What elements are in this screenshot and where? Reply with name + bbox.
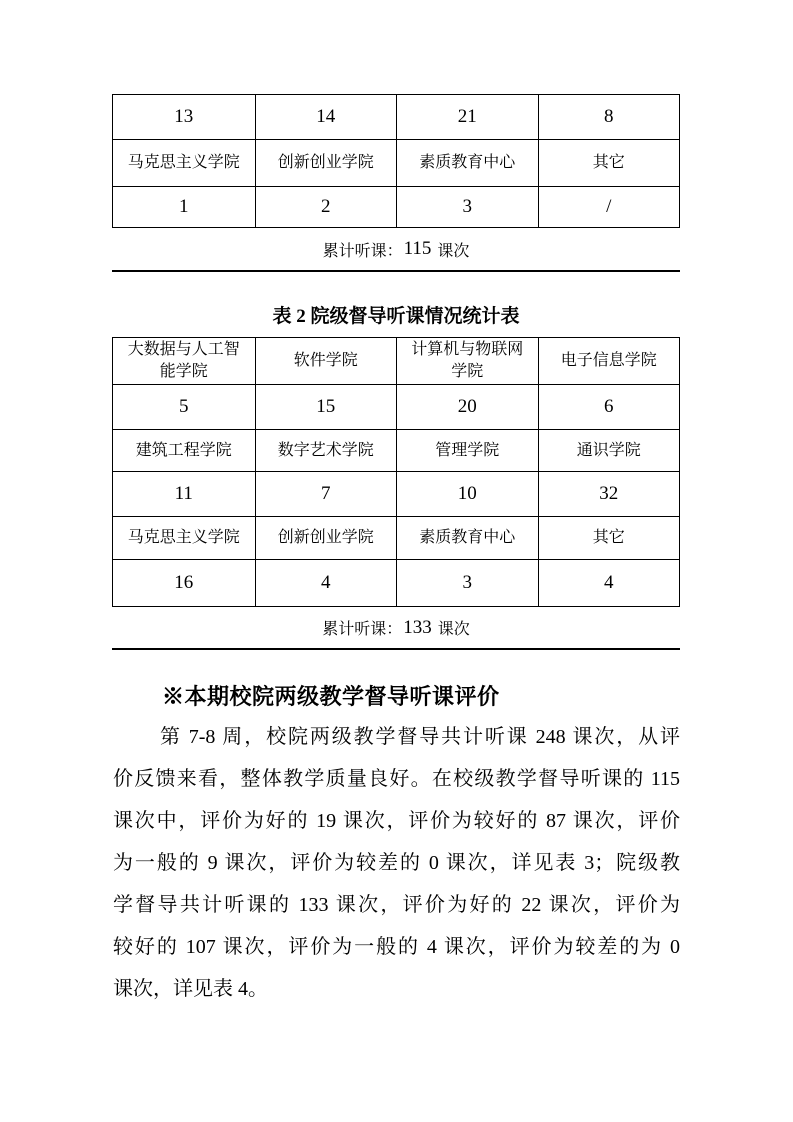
table-cell: 13 [113,95,255,139]
table-cell: 20 [396,385,538,429]
table-cell: 2 [255,187,397,227]
table-cell: 4 [538,560,680,606]
table-cell: 软件学院 [255,338,397,384]
paragraph-line: 价反馈来看，整体教学质量良好。在校级教学督导听课的 115 [113,758,680,800]
table-cell: 32 [538,472,680,516]
table-cell: / [538,187,680,227]
table-cell: 5 [113,385,255,429]
evaluation-paragraph: 第 7-8 周，校院两级教学督导共计听课 248 课次，从评 价反馈来看，整体教… [113,716,680,1010]
table-cell: 15 [255,385,397,429]
table-cell: 3 [396,187,538,227]
paragraph-line: 课次，详见表 4。 [113,968,680,1010]
table-cell: 数字艺术学院 [255,430,397,471]
summary-unit: 课次 [437,238,469,261]
paragraph-line: 第 7-8 周，校院两级教学督导共计听课 248 课次，从评 [113,716,680,758]
summary-unit: 课次 [438,616,470,639]
table-cell: 计算机与物联网学院 [396,338,538,384]
table-cell: 21 [396,95,538,139]
table-cell: 建筑工程学院 [113,430,255,471]
table-row: 大数据与人工智能学院 软件学院 计算机与物联网学院 电子信息学院 [112,337,680,385]
table-cell: 马克思主义学院 [113,140,255,186]
table-cell: 创新创业学院 [255,140,397,186]
section-heading: ※本期校院两级教学督导听课评价 [162,680,500,711]
table-cell: 电子信息学院 [538,338,680,384]
table-cell: 素质教育中心 [396,140,538,186]
table-cell: 14 [255,95,397,139]
paragraph-line: 较好的 107 课次，评价为一般的 4 课次，评价为较差的为 0 [113,926,680,968]
table-cell: 马克思主义学院 [113,517,255,559]
table-cell: 其它 [538,517,680,559]
paragraph-line: 为一般的 9 课次，评价为较差的 0 课次，详见表 3；院级教 [113,842,680,884]
table-row: 建筑工程学院 数字艺术学院 管理学院 通识学院 [112,430,680,472]
table-cell: 其它 [538,140,680,186]
table-cell: 4 [255,560,397,606]
table-cell: 16 [113,560,255,606]
table-row: 11 7 10 32 [112,472,680,517]
table-cell: 6 [538,385,680,429]
table-row: 16 4 3 4 [112,560,680,607]
table-row: 5 15 20 6 [112,385,680,430]
summary-label: 累计听课： [322,616,402,639]
summary-label: 累计听课： [323,238,403,261]
table-summary-row: 累计听课：115课次 [112,228,680,272]
table-summary-row: 累计听课：133课次 [112,607,680,650]
table-cell: 3 [396,560,538,606]
table-row: 13 14 21 8 [112,94,680,140]
table-row: 马克思主义学院 创新创业学院 素质教育中心 其它 [112,517,680,560]
summary-value: 133 [403,617,432,639]
table-cell: 大数据与人工智能学院 [113,338,255,384]
paragraph-line: 学督导共计听课的 133 课次，评价为好的 22 课次，评价为 [113,884,680,926]
table-cell: 通识学院 [538,430,680,471]
table-row: 马克思主义学院 创新创业学院 素质教育中心 其它 [112,140,680,187]
table-cell: 8 [538,95,680,139]
table-cell: 素质教育中心 [396,517,538,559]
document-page: 13 14 21 8 马克思主义学院 创新创业学院 素质教育中心 其它 1 2 … [0,0,793,1122]
table-2-college-level-stats: 大数据与人工智能学院 软件学院 计算机与物联网学院 电子信息学院 5 15 20… [112,337,680,650]
paragraph-line: 课次中，评价为好的 19 课次，评价为较好的 87 课次，评价 [113,800,680,842]
table-cell: 10 [396,472,538,516]
table-2-caption: 表 2 院级督导听课情况统计表 [112,301,680,328]
table-cell: 管理学院 [396,430,538,471]
table-cell: 11 [113,472,255,516]
table-cell: 7 [255,472,397,516]
table-cell: 创新创业学院 [255,517,397,559]
table-row: 1 2 3 / [112,187,680,228]
table-1-school-level-stats: 13 14 21 8 马克思主义学院 创新创业学院 素质教育中心 其它 1 2 … [112,94,680,272]
summary-value: 115 [404,238,432,260]
table-cell: 1 [113,187,255,227]
